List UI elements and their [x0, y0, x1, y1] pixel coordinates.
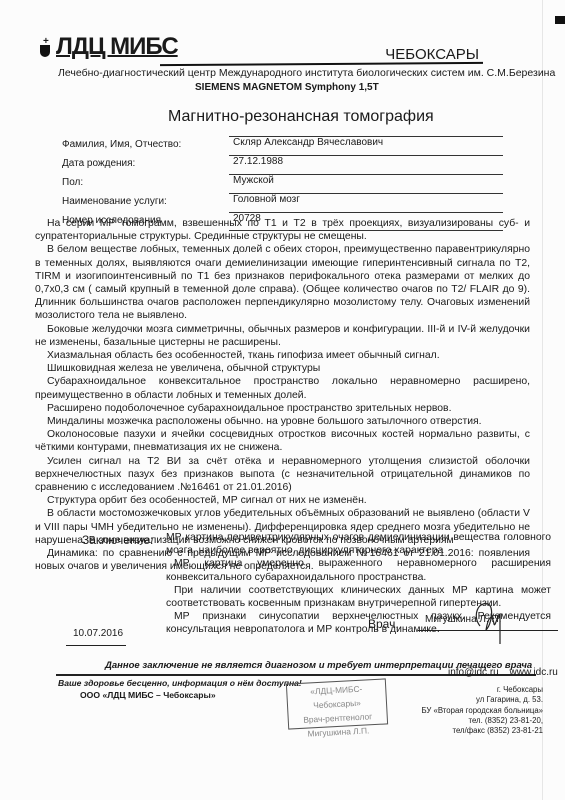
findings-paragraph: Боковые желудочки мозга симметричны, обы… [35, 323, 530, 349]
document-title: Магнитно-резонансная томография [168, 108, 434, 126]
report-date: 10.07.2016 [73, 628, 123, 639]
service-row: Наименование услуги: Головной мозг [62, 192, 482, 211]
findings-paragraph: Миндалины мозжечка расположены обычно. н… [35, 415, 530, 428]
email-link[interactable]: info@idc.ru [448, 667, 499, 678]
findings-paragraph: Субарахноидальное конвекситальное простр… [35, 375, 530, 401]
contacts: info@idc.ru www.idc.ru [440, 667, 558, 678]
patient-name-value: Скляр Александр Вячеславович [229, 136, 503, 151]
sex-value: Мужской [229, 174, 503, 189]
birth-date-row: Дата рождения: 27.12.1988 [62, 154, 482, 173]
service-value: Головной мозг [229, 193, 503, 208]
header-divider [160, 62, 483, 66]
address-line: тел. (8352) 23-81-20, [421, 716, 543, 726]
birth-date-value: 27.12.1988 [229, 155, 503, 170]
conclusion-paragraph: МР картина умеренно выраженного неравном… [166, 557, 551, 583]
field-label: Пол: [62, 177, 83, 188]
findings-paragraph: Околоносовые пазухи и ячейки сосцевидных… [35, 428, 530, 454]
clinic-logo: + ЛДЦ МИБС [40, 35, 178, 59]
scanner-model: SIEMENS MAGNETOM Symphony 1,5T [195, 82, 379, 93]
medical-report-page: + ЛДЦ МИБС ЧЕБОКСАРЫ Лечебно-диагностиче… [0, 0, 565, 800]
conclusion-paragraph: МР картина перивентрикулярных очагов дем… [166, 531, 551, 557]
doctor-stamp: «ЛДЦ-МИБС-Чебоксары» Врач-рентгенолог Ми… [286, 678, 388, 729]
organization-name: ООО «ЛДЦ МИБС – Чебоксары» [80, 690, 216, 700]
address-line: г. Чебоксары [421, 685, 543, 695]
field-label: Дата рождения: [62, 158, 135, 169]
findings-paragraph: В белом веществе лобных, теменных долей … [35, 243, 530, 322]
field-label: Фамилия, Имя, Отчество: [62, 139, 181, 150]
findings-paragraph: Усилен сигнал на Т2 ВИ за счёт отёка и н… [35, 455, 530, 495]
clinic-logo-text: ЛДЦ МИБС [56, 35, 178, 59]
address-line: ул Гагарина, д. 53. [421, 695, 543, 705]
sex-row: Пол: Мужской [62, 173, 482, 192]
findings-paragraph: Расширено подоболочечное субарахноидальн… [35, 402, 530, 415]
clinic-address: г. Чебоксары ул Гагарина, д. 53. БУ «Вто… [421, 685, 543, 736]
website-link[interactable]: www.idc.ru [510, 667, 558, 678]
address-line: БУ «Вторая городская больница» [421, 706, 543, 716]
scan-edge-mark [555, 16, 565, 24]
handwritten-signature-icon [470, 596, 510, 646]
findings-paragraph: Шишковидная железа не увеличена, обычной… [35, 362, 530, 375]
date-underline [66, 645, 126, 646]
field-label: Наименование услуги: [62, 196, 167, 207]
clinic-city: ЧЕБОКСАРЫ [385, 46, 479, 63]
footer-slogan: Ваше здоровье бесценно, информация о нём… [58, 678, 302, 688]
patient-name-row: Фамилия, Имя, Отчество: Скляр Александр … [62, 135, 482, 154]
doctor-label: Врач, [368, 617, 399, 631]
findings-paragraph: На серии МР томограмм, взвешенных по Т1 … [35, 217, 530, 243]
clinic-full-name: Лечебно-диагностический центр Международ… [58, 67, 555, 79]
clinic-logo-icon: + [40, 37, 52, 59]
findings-paragraph: Структура орбит без особенностей, МР сиг… [35, 494, 530, 507]
findings-section: На серии МР томограмм, взвешенных по Т1 … [35, 217, 530, 573]
patient-info-table: Фамилия, Имя, Отчество: Скляр Александр … [62, 135, 482, 230]
scan-edge-line [542, 0, 543, 800]
conclusion-label: Заключение: [82, 533, 153, 547]
address-line: тел/факс (8352) 23-81-21 [421, 726, 543, 736]
findings-paragraph: Хиазмальная область без особенностей, тк… [35, 349, 530, 362]
